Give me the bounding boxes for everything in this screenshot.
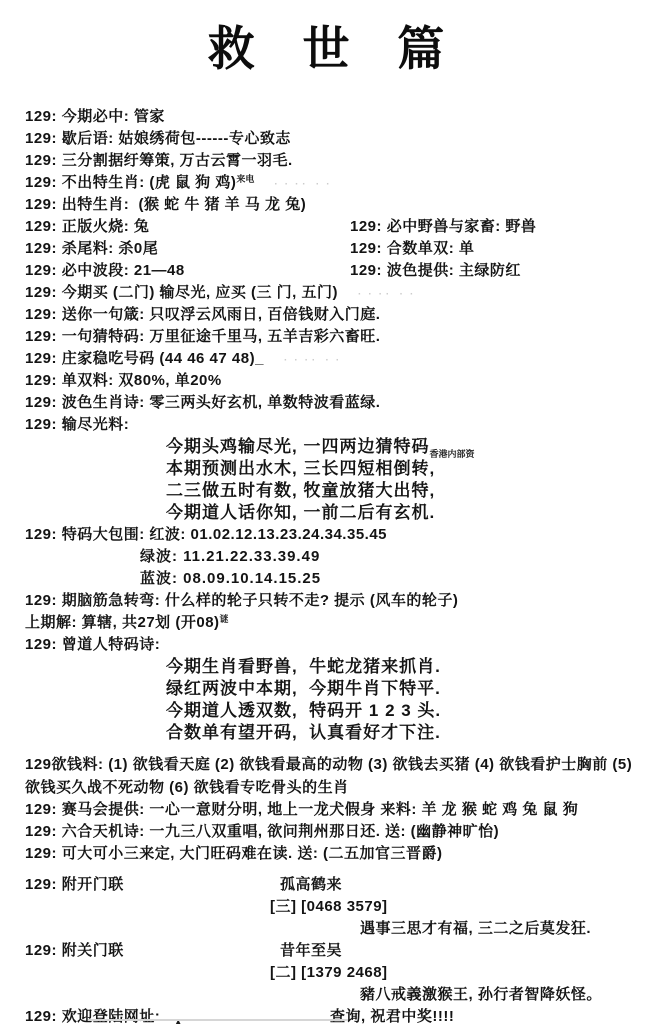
line-text: 二三做五时有数, 牧童放猪大出特, [166,481,435,500]
text-line: 129: 附开门联孤高鹤来 [25,874,670,896]
line-text: 129: 必中波段: 21—48 [25,262,185,279]
text-line: 绿红两波中本期, 今期牛肖下特平. [166,678,670,700]
text-line: 129: 不出特生肖: (虎 鼠 狗 鸡)来电 [25,172,670,194]
text-line: 上期解: 算辖, 共27划 (开08)谜 [25,612,670,634]
line-text: 今期生肖看野兽, 牛蛇龙猪来抓肖. [166,657,441,676]
text-line: 绿波: 11.21.22.33.39.49 [140,546,670,568]
line-text: 129: 可大可小三来定, 大门旺码难在读. 送: (二五加官三晋爵) [25,845,443,862]
line-text: 129: 今期买 (二门) 输尽光, 应买 (三 门, 五门) [25,284,338,301]
line-text: 绿红两波中本期, 今期牛肖下特平. [166,679,441,698]
text-line: 129: 波色生肖诗: 零三两头好玄机, 单数特波看蓝绿. [25,392,670,414]
text-line: 蓝波: 08.09.10.14.15.25 [140,568,670,590]
line-right-text: 129: 合数单双: 单 [350,238,474,260]
text-line: 129: 今期必中: 管家 [25,106,670,128]
line-text: 129: 特码大包围: 红波: 01.02.12.13.23.24.34.35.… [25,526,387,543]
text-line: 129: 附关门联昔年至吴 [25,940,670,962]
line-text: 129: 出特生肖: (猴 蛇 牛 猪 羊 马 龙 兔) [25,196,306,213]
line-text: 129: 送你一句箴: 只叹浮云风雨日, 百倍钱财入门庭. [25,306,380,323]
text-line: 129: 必中波段: 21—48129: 波色提供: 主绿防红 [25,260,670,282]
text-line: 129: 三分割据纡筹策, 万古云霄一羽毛. [25,150,670,172]
line-right-text: 昔年至吴 [280,940,342,962]
text-line: 二三做五时有数, 牧童放猪大出特, [166,480,670,502]
text-line: 129: 今期买 (二门) 输尽光, 应买 (三 门, 五门) [25,282,670,304]
text-line: 129: 期脑筋急转弯: 什么样的轮子只转不走? 提示 (风车的轮子) [25,590,670,612]
line-text: 129: 赛马会提供: 一心一意财分明, 地上一龙犬假身 来料: 羊 龙 猴 蛇… [25,801,578,818]
line-text: [三] [0468 3579] [270,898,388,915]
line-right-text: 129: 波色提供: 主绿防红 [350,260,521,282]
line-text: 豬八戒義激猴王, 孙行者智降妖怪。 [360,986,602,1003]
line-small-note: 谜 [220,614,229,624]
page-title: 救 世 篇 [0,0,670,64]
line-text: 129欲钱料: (1) 欲钱看天庭 (2) 欲钱看最高的动物 (3) 欲钱去买猪… [25,756,632,796]
line-text: 129: 三分割据纡筹策, 万古云霄一羽毛. [25,152,293,169]
line-text: 129: 欢迎登陆网址: [25,1008,160,1024]
line-text: 129: 今期必中: 管家 [25,108,165,125]
line-text: 129: 曾道人特码诗: [25,636,160,653]
document-body: 129: 今期必中: 管家129: 歇后语: 姑娘绣荷包------专心致志12… [0,106,670,1024]
line-text: 129: 期脑筋急转弯: 什么样的轮子只转不走? 提示 (风车的轮子) [25,592,458,609]
text-line: 本期预测出水木, 三长四短相倒转, [166,458,670,480]
line-text: 129: 歇后语: 姑娘绣荷包------专心致志 [25,130,291,147]
line-text: 今期道人透双数, 特码开 1 2 3 头. [166,701,441,720]
line-text: 129: 杀尾料: 杀0尾 [25,240,158,257]
text-line: 129: 杀尾料: 杀0尾129: 合数单双: 单 [25,238,670,260]
text-line: 今期道人透双数, 特码开 1 2 3 头. [166,700,670,722]
document-page: 救 世 篇 129: 今期必中: 管家129: 歇后语: 姑娘绣荷包------… [0,0,670,1024]
line-text: 129: 附关门联 [25,942,124,959]
text-line: [二] [1379 2468] [270,962,670,984]
text-line: 129: 正版火烧: 兔129: 必中野兽与家畜: 野兽 [25,216,670,238]
line-text: 上期解: 算辖, 共27划 (开08) [25,614,220,631]
line-text: 129: 庄家稳吃号码 (44 46 47 48)_ [25,350,264,367]
line-text: 129: 输尽光料: [25,416,129,433]
text-line: 今期头鸡输尽光, 一四两边猜特码香港内部资 [166,436,670,458]
line-text: 129: 一句猜特码: 万里征途千里马, 五羊吉彩六畜旺. [25,328,380,345]
line-text: [二] [1379 2468] [270,964,388,981]
text-line: 129欲钱料: (1) 欲钱看天庭 (2) 欲钱看最高的动物 (3) 欲钱去买猪… [25,753,650,799]
text-line: 今期生肖看野兽, 牛蛇龙猪来抓肖. [166,656,670,678]
line-text: 本期预测出水木, 三长四短相倒转, [166,459,435,478]
text-line: 合数单有望开码, 认真看好才下注. [166,722,670,744]
line-right-text: 129: 必中野兽与家畜: 野兽 [350,216,536,238]
text-line: 129: 特码大包围: 红波: 01.02.12.13.23.24.34.35.… [25,524,670,546]
line-text: 129: 波色生肖诗: 零三两头好玄机, 单数特波看蓝绿. [25,394,380,411]
text-line: [三] [0468 3579] [270,896,670,918]
line-text: 今期头鸡输尽光, 一四两边猜特码 [166,437,429,456]
text-line: 129: 曾道人特码诗: [25,634,670,656]
line-text: 129: 不出特生肖: (虎 鼠 狗 鸡) [25,174,236,191]
line-small-note: 来电 [236,174,254,184]
line-text: 蓝波: 08.09.10.14.15.25 [140,570,321,587]
line-text: 129: 单双料: 双80%, 单20% [25,372,222,389]
scan-artifact-line [88,1019,348,1021]
line-text: 129: 附开门联 [25,876,124,893]
line-text: 遇事三思才有福, 三二之后莫发狂. [360,920,591,937]
text-line: 129: 一句猜特码: 万里征途千里马, 五羊吉彩六畜旺. [25,326,670,348]
text-line: 129: 单双料: 双80%, 单20% [25,370,670,392]
line-right-text: 查询, 祝君中奖!!!! [330,1006,454,1024]
text-line: 遇事三思才有福, 三二之后莫发狂. [360,918,670,940]
line-text: 今期道人话你知, 一前二后有玄机. [166,503,435,522]
text-line: 129: 出特生肖: (猴 蛇 牛 猪 羊 马 龙 兔) [25,194,670,216]
line-text: 129: 六合天机诗: 一九三八双重唱, 欲问荆州那日还. 送: (幽静神旷怡) [25,823,499,840]
text-line: 129: 庄家稳吃号码 (44 46 47 48)_ [25,348,670,370]
text-line: 129: 赛马会提供: 一心一意财分明, 地上一龙犬假身 来料: 羊 龙 猴 蛇… [25,799,670,821]
line-text: 绿波: 11.21.22.33.39.49 [140,548,320,565]
text-line: 今期道人话你知, 一前二后有玄机. [166,502,670,524]
text-line: 129: 六合天机诗: 一九三八双重唱, 欲问荆州那日还. 送: (幽静神旷怡) [25,821,670,843]
text-line: 129: 送你一句箴: 只叹浮云风雨日, 百倍钱财入门庭. [25,304,670,326]
line-text: 合数单有望开码, 认真看好才下注. [166,723,441,742]
text-line: 129: 欢迎登陆网址:▲查询, 祝君中奖!!!! [25,1006,670,1024]
line-text: 129: 正版火烧: 兔 [25,218,149,235]
text-line: 129: 歇后语: 姑娘绣荷包------专心致志 [25,128,670,150]
text-line: 129: 输尽光料: [25,414,670,436]
line-right-text: 孤高鹤来 [280,874,342,896]
text-line: 129: 可大可小三来定, 大门旺码难在读. 送: (二五加官三晋爵) [25,843,670,865]
text-line: 豬八戒義激猴王, 孙行者智降妖怪。 [360,984,670,1006]
